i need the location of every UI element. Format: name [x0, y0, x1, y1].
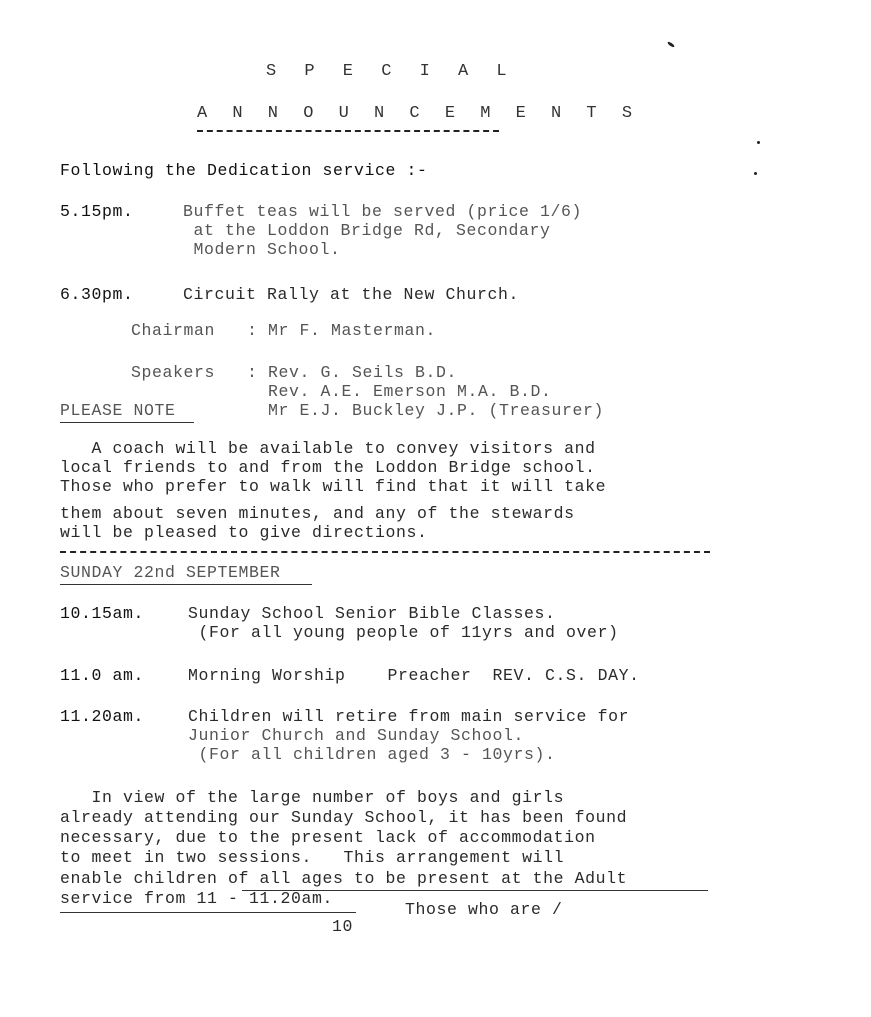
intro-line: Following the Dedication service :- [60, 162, 428, 180]
event-buffet-line-2: at the Loddon Bridge Rd, Secondary [183, 222, 551, 240]
scan-mark [757, 141, 760, 144]
section-divider [60, 551, 710, 553]
event-bible-classes-line-2: (For all young people of 11yrs and over) [188, 624, 619, 642]
time-11-00am: 11.0 am. [60, 667, 144, 685]
page-number: 10 [332, 918, 353, 936]
note-line-5: will be pleased to give directions. [60, 524, 428, 542]
chairman-name: : Mr F. Masterman. [247, 322, 436, 340]
scan-mark [754, 172, 757, 175]
chairman-label: Chairman [131, 322, 215, 340]
sunday-heading-underline [60, 584, 312, 585]
closing-line-6-underline [60, 912, 356, 913]
closing-line-1: In view of the large number of boys and … [60, 789, 564, 807]
event-bible-classes-line-1: Sunday School Senior Bible Classes. [188, 605, 556, 623]
time-11-20am: 11.20am. [60, 708, 144, 726]
event-children-retire-line-1: Children will retire from main service f… [188, 708, 629, 726]
closing-line-3: necessary, due to the present lack of ac… [60, 829, 596, 847]
time-5-15pm: 5.15pm. [60, 203, 134, 221]
time-10-15am: 10.15am. [60, 605, 144, 623]
speaker-1: : Rev. G. Seils B.D. [247, 364, 457, 382]
closing-continuation: Those who are / [405, 901, 563, 919]
please-note-underline [60, 422, 194, 423]
event-circuit-rally: Circuit Rally at the New Church. [183, 286, 519, 304]
closing-line-5: enable children of all ages to be presen… [60, 870, 627, 888]
note-line-4: them about seven minutes, and any of the… [60, 505, 575, 523]
note-line-2: local friends to and from the Loddon Bri… [60, 459, 596, 477]
speakers-label: Speakers [131, 364, 215, 382]
speaker-2: Rev. A.E. Emerson M.A. B.D. [247, 383, 552, 401]
time-6-30pm: 6.30pm. [60, 286, 134, 304]
title-announcements: A N N O U N C E M E N T S [197, 104, 640, 123]
event-morning-worship: Morning Worship Preacher REV. C.S. DAY. [188, 667, 640, 685]
closing-line-2: already attending our Sunday School, it … [60, 809, 627, 827]
scan-mark [667, 41, 675, 48]
note-line-1: A coach will be available to convey visi… [60, 440, 596, 458]
speaker-3: Mr E.J. Buckley J.P. (Treasurer) [247, 402, 604, 420]
sunday-heading: SUNDAY 22nd SEPTEMBER [60, 564, 281, 582]
closing-line-6: service from 11 - 11.20am. [60, 890, 333, 908]
event-children-retire-line-2: Junior Church and Sunday School. [188, 727, 524, 745]
closing-line-4: to meet in two sessions. This arrangemen… [60, 849, 564, 867]
event-buffet-line-3: Modern School. [183, 241, 341, 259]
event-children-retire-line-3: (For all children aged 3 - 10yrs). [188, 746, 556, 764]
title-special: S P E C I A L [266, 62, 516, 81]
please-note-label: PLEASE NOTE [60, 402, 176, 420]
note-line-3: Those who prefer to walk will find that … [60, 478, 606, 496]
title-underline [197, 130, 499, 132]
event-buffet-line-1: Buffet teas will be served (price 1/6) [183, 203, 582, 221]
